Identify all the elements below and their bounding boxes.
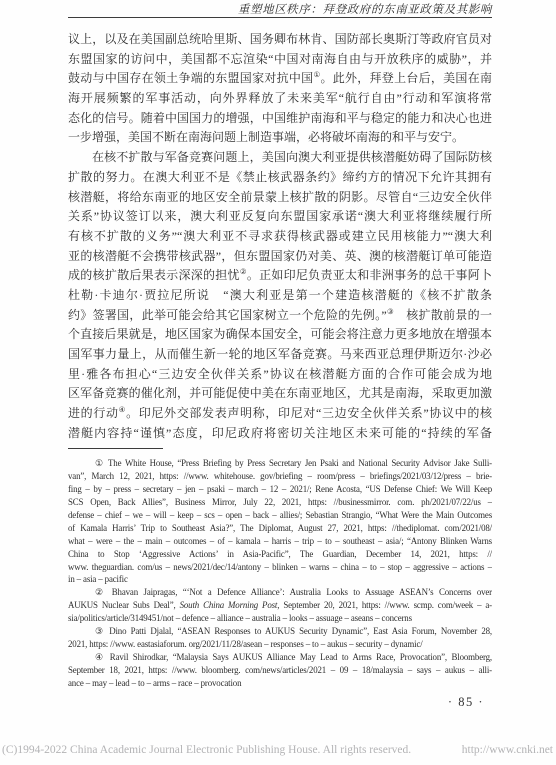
body-text: 鼓动与中国存在领土争端的东盟国家对抗中国 bbox=[68, 71, 313, 85]
footnote-separator bbox=[68, 448, 163, 449]
footnotes: ① The White House, “Press Briefing by Pr… bbox=[68, 457, 492, 690]
body-line: 成的核扩散后果表示深深的担忧②。正如印尼负责亚太和非洲事务的总干事阿卜 bbox=[68, 266, 492, 286]
body-text: 成的核扩散后果表示深深的担忧 bbox=[68, 268, 240, 282]
footnote-line: what – were – the – main – outcomes – of… bbox=[68, 535, 492, 548]
body-line: 扩散的努力。在澳大利亚不是《禁止核武器条约》缔约方的情况下允许其拥有 bbox=[68, 168, 492, 188]
footnote-ref-3: ③ bbox=[387, 307, 394, 316]
footnote-line: September 18, 2021, https: //www. bloomb… bbox=[68, 664, 492, 677]
footnote-line: www. theguardian. com/us – news/2021/dec… bbox=[68, 561, 492, 574]
footnote-line: van”, March 12, 2021, https: //www. whit… bbox=[68, 470, 492, 483]
body-line: 一步增强，美国不断在南海问题上制造事端，必将破坏南海的和平与安宁。 bbox=[68, 128, 492, 148]
footnote-line: SCS Open, Back Allies”, Business Mirror,… bbox=[68, 496, 492, 509]
footnote-line: defense – chief – we – will – keep – scs… bbox=[68, 509, 492, 522]
header-rule bbox=[68, 17, 492, 18]
article-body: 议上，以及在美国副总统哈里斯、国务卿布林肯、国防部长奥斯汀等政府官员对 东盟国家… bbox=[68, 30, 492, 443]
footnote-line: ance – may – lead – to – arms – race – p… bbox=[68, 677, 492, 690]
body-line: 东盟国家的访问中，美国都不忘渲染“中国对南海自由与开放秩序的威胁”，并 bbox=[68, 50, 492, 70]
body-line: 个直接后果就是，地区国家为确保本国安全，可能会将注意力更多地放在增强本 bbox=[68, 325, 492, 345]
copyright-text: (C)1994-2022 China Academic Journal Elec… bbox=[2, 744, 411, 756]
body-text: 。正如印尼负责亚太和非洲事务的总干事阿卜 bbox=[247, 268, 492, 282]
body-text: 。此外，拜登上台后，美国在南 bbox=[320, 71, 492, 85]
footnote-line: fing – by – press – secretary – jen – ps… bbox=[68, 483, 492, 496]
footnote-line: in – asia – pacific bbox=[68, 573, 492, 586]
footnote-line: ① The White House, “Press Briefing by Pr… bbox=[68, 457, 492, 470]
body-line: 态化的信号。随着中国国力的增强，中国维护南海和平与稳定的能力和决心也进 bbox=[68, 109, 492, 129]
journal-page-scan: 重塑地区秩序：拜登政府的东南亚政策及其影响 议上，以及在美国副总统哈里斯、国务卿… bbox=[0, 0, 556, 765]
body-line: 里·雅各布担心“三边安全伙伴关系”协议在核潜艇方面的合作可能会成为地 bbox=[68, 365, 492, 385]
footnote-line: 2021, https: //www. eastasiaforum. org/2… bbox=[68, 638, 492, 651]
footnote-text: AUKUS Nuclear Subs Deal”, bbox=[68, 600, 180, 610]
body-line: 海开展频繁的军事活动，向外界释放了未来美军“航行自由”行动和军演将常 bbox=[68, 89, 492, 109]
body-line: 杜勒·卡迪尔·贾拉尼所说 “澳大利亚是第一个建造核潜艇的《核不扩散条 bbox=[68, 286, 492, 306]
page-number: · 85 · bbox=[448, 695, 484, 710]
journal-name-italic: South China Morning Post bbox=[180, 600, 278, 610]
body-line: 国军事力量上，从而催生新一轮的地区军备竞赛。马来西亚总理伊斯迈尔·沙必 bbox=[68, 345, 492, 365]
body-line: 关系”协议签订以来，澳大利亚反复向东盟国家承诺“澳大利亚将继续履行所 bbox=[68, 207, 492, 227]
footnote-ref-4: ④ bbox=[119, 405, 126, 414]
body-text: 核扩散前景的一 bbox=[394, 308, 492, 322]
footnote-line: AUKUS Nuclear Subs Deal”, South China Mo… bbox=[68, 599, 492, 612]
footnote-ref-2: ② bbox=[240, 267, 247, 276]
body-line: 进的行动④。印尼外交部发表声明称，印尼对“三边安全伙伴关系”协议中的核 bbox=[68, 404, 492, 424]
body-line: 议上，以及在美国副总统哈里斯、国务卿布林肯、国防部长奥斯汀等政府官员对 bbox=[68, 30, 492, 50]
body-line: 有核不扩散的义务”“澳大利亚不寻求获得核武器或建立民用核能力”“澳大利 bbox=[68, 227, 492, 247]
footnote-line: of Kamala Harris’ Trip to Southeast Asia… bbox=[68, 522, 492, 535]
footnote-line: ② Bhavan Jaipragas, “‘Not a Defence Alli… bbox=[68, 586, 492, 599]
cnki-copyright-footer: (C)1994-2022 China Academic Journal Elec… bbox=[2, 744, 553, 756]
body-text: 约》签署国，此举可能会给其它国家树立一个危险的先例。” bbox=[68, 308, 387, 322]
footnote-line: sia/politics/article/3149451/not – defen… bbox=[68, 612, 492, 625]
body-text: 进的行动 bbox=[68, 406, 119, 420]
body-line: 鼓动与中国存在领土争端的东盟国家对抗中国①。此外，拜登上台后，美国在南 bbox=[68, 69, 492, 89]
body-line: 区军备竞赛的催化剂，并可能促使中美在东南亚地区，尤其是南海，采取更加激 bbox=[68, 384, 492, 404]
running-title: 重塑地区秩序：拜登政府的东南亚政策及其影响 bbox=[238, 1, 492, 17]
body-line: 核潜艇，将给东南亚的地区安全前景蒙上核扩散的阴影。尽管自“三边安全伙伴 bbox=[68, 188, 492, 208]
footnote-text: , September 20, 2021, https: //www. scmp… bbox=[277, 600, 492, 610]
body-line: 亚的核潜艇不会携带核武器”，但东盟国家仍对美、英、澳的核潜艇订单可能造 bbox=[68, 247, 492, 267]
footnote-line: ③ Dino Patti Djalal, “ASEAN Responses to… bbox=[68, 625, 492, 638]
body-line-paragraph-start: 在核不扩散与军备竞赛问题上，美国向澳大利亚提供核潜艇妨碍了国际防核 bbox=[68, 148, 492, 168]
footnote-line: ④ Ravil Shirodkar, “Malaysia Says AUKUS … bbox=[68, 651, 492, 664]
body-text: 。印尼外交部发表声明称，印尼对“三边安全伙伴关系”协议中的核 bbox=[126, 406, 492, 420]
body-line: 潜艇内容持“谨慎”态度，印尼政府将密切关注地区未来可能的“持续的军备 bbox=[68, 424, 492, 444]
body-line: 约》签署国，此举可能会给其它国家树立一个危险的先例。”③ 核扩散前景的一 bbox=[68, 306, 492, 326]
cnki-url: http://www.cnki.net bbox=[462, 744, 553, 756]
footnote-line: China to Stop ‘Aggressive Actions’ in As… bbox=[68, 548, 492, 561]
